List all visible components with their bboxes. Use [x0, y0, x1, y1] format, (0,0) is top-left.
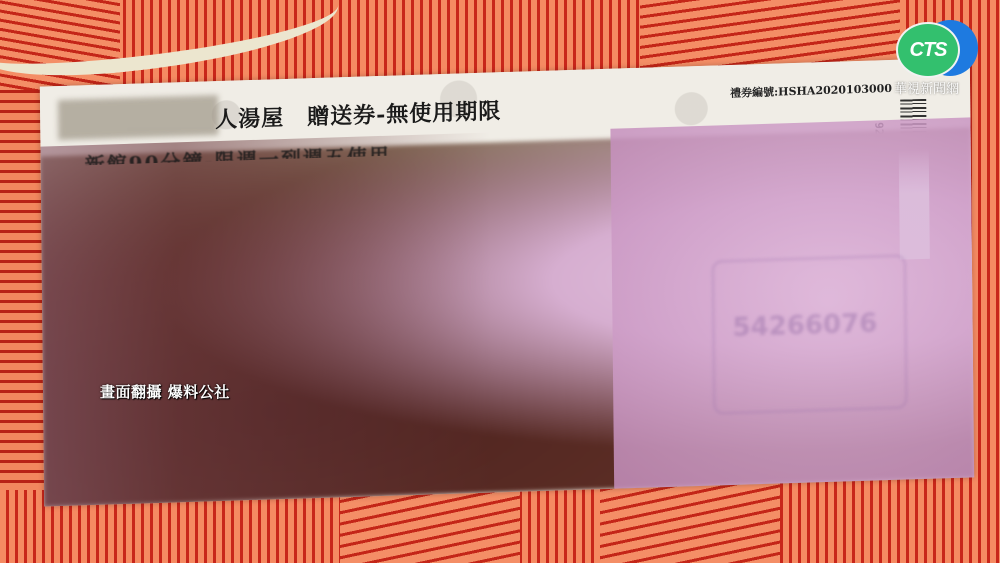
blur-shade-left — [40, 133, 494, 507]
fabric-patch — [640, 0, 900, 70]
cts-logo-icon: CTS 華視新聞網 — [892, 18, 984, 98]
logo-brand-text: CTS — [910, 39, 947, 62]
serial-value: HSHA2020103000 — [778, 82, 892, 99]
gift-voucher: 人湯屋 贈送券-無使用期限 禮券編號:HSHA2020103000 92HCVK… — [40, 57, 974, 506]
stamp-number: 54266076 — [732, 308, 877, 343]
barcode-fade — [899, 149, 930, 260]
logo-circle: CTS — [896, 22, 960, 78]
redacted-brand-name — [58, 95, 218, 140]
source-caption: 畫面翻攝 爆料公社 — [100, 381, 230, 402]
serial-label: 禮券編號: — [730, 85, 778, 100]
logo-channel-name: 華視新聞網 — [894, 78, 959, 97]
